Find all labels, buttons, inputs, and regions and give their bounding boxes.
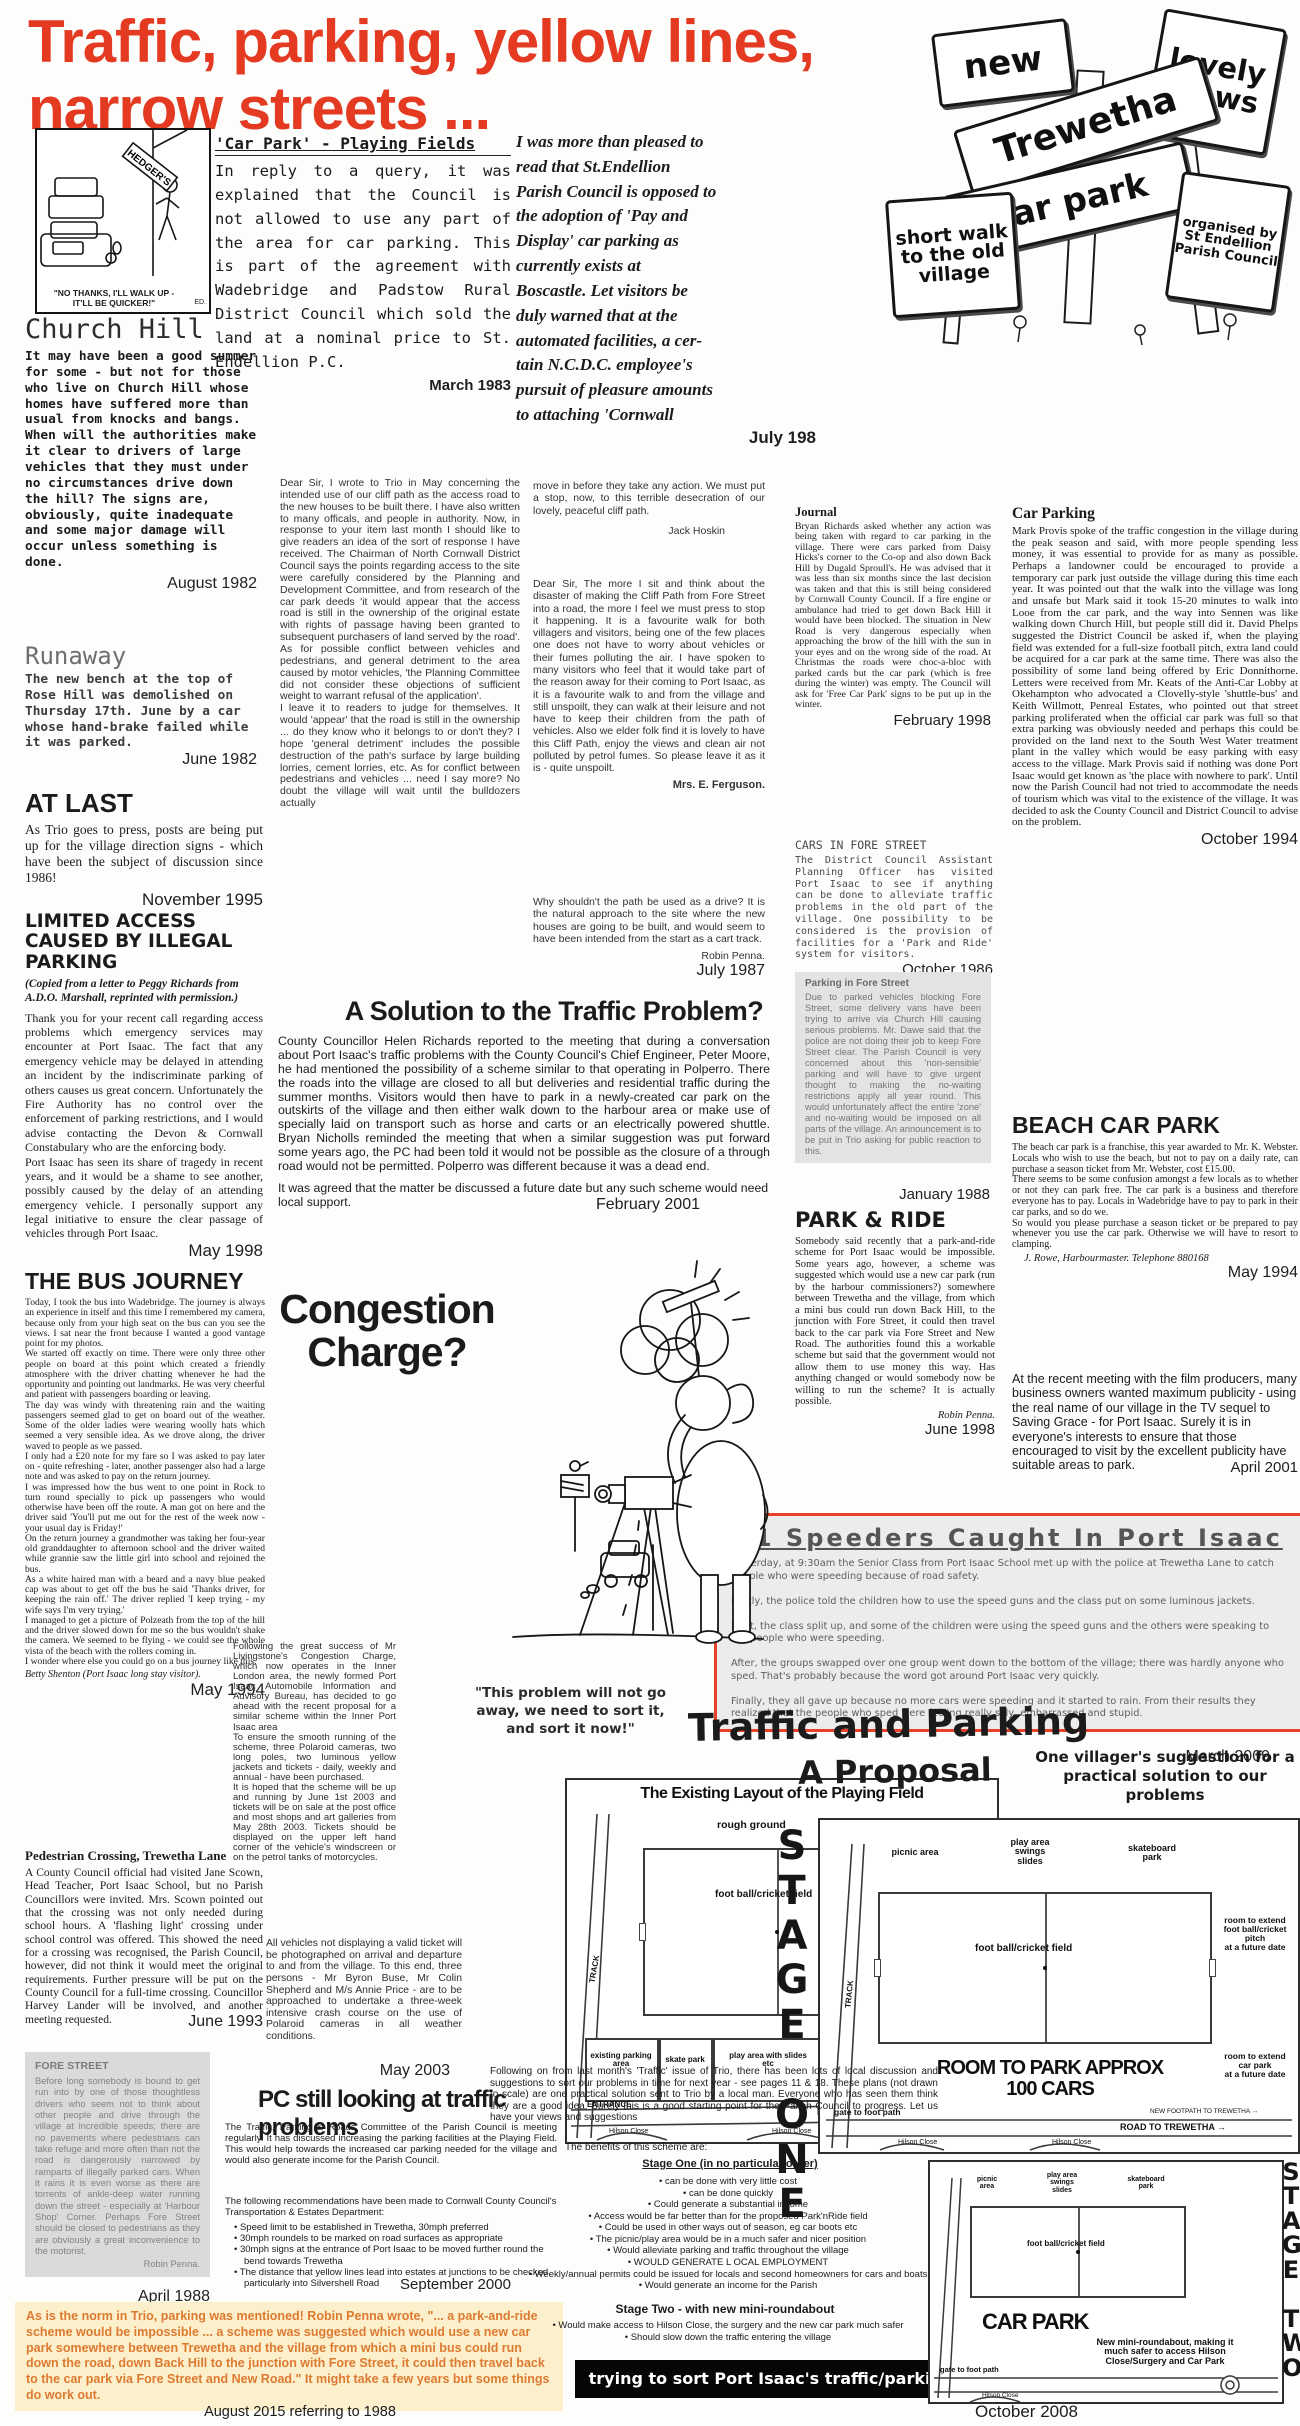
- list-item: Should slow down the traffic entering th…: [508, 2332, 948, 2344]
- stage-two-field: foot ball/cricket field: [970, 2206, 1186, 2298]
- bus-journey-sig: Betty Shenton (Port Isaac long stay visi…: [25, 1669, 265, 1680]
- car-park-fields-body: In reply to a query, it was explained th…: [215, 160, 511, 375]
- solution-heading: A Solution to the Traffic Problem?: [338, 996, 770, 1027]
- sign-short-walk: short walk to the old village: [885, 192, 1021, 319]
- list-item: Weekly/annual permits could be issued fo…: [508, 2269, 948, 2281]
- runaway-heading: Runaway: [25, 642, 257, 670]
- stage-two-field-label: foot ball/cricket field: [1027, 2240, 1105, 2248]
- article-hoskin: move in before they take any action. We …: [533, 480, 765, 537]
- stage-one-hilson2: Hilson Close: [1052, 2139, 1091, 2146]
- list-item: Would alleviate parking and traffic thro…: [508, 2245, 948, 2257]
- proposal-subtitle: One villager's suggestion for a practica…: [1035, 1748, 1295, 1804]
- proposal-heading: A Proposal: [798, 1750, 1019, 1792]
- article-film-meeting: At the recent meeting with the film prod…: [1012, 1372, 1298, 1476]
- sign-new-label: new: [962, 41, 1044, 85]
- congestion-cartoon: [505, 1245, 770, 1665]
- orange-note: As is the norm in Trio, parking was ment…: [15, 2302, 563, 2411]
- list-item: can be done quickly: [508, 2188, 948, 2200]
- bus-journey-body: Today, I took the bus into Wadebridge. T…: [25, 1298, 265, 1667]
- beach-car-park-body: The beach car park is a franchise, this …: [1012, 1143, 1298, 1251]
- fore-street-sig: Robin Penna.: [35, 2259, 200, 2269]
- article-parking-fore-street: Parking in Fore Street Due to parked veh…: [795, 972, 991, 1163]
- hoskin-body: move in before they take any action. We …: [533, 480, 765, 517]
- bus-journey-date: May 1994: [25, 1680, 265, 1700]
- hill-cartoon-artist: ED.: [194, 299, 206, 306]
- beach-car-park-heading: BEACH CAR PARK: [1012, 1112, 1298, 1139]
- bus-journey-heading: THE BUS JOURNEY: [25, 1268, 265, 1295]
- stage-two-skate: skateboard park: [1116, 2176, 1176, 2191]
- pc-traffic-recs-intro: The following recommendations have been …: [225, 2196, 557, 2218]
- stage-two-note: New mini-roundabout, making it much safe…: [1060, 2338, 1270, 2366]
- sign-new: new: [931, 18, 1075, 108]
- pc-traffic-list: Speed limit to be established in Treweth…: [232, 2222, 562, 2289]
- park-ride-date: June 1998: [795, 1421, 995, 1438]
- pleased-letter-body: I was more than pleased to read that St.…: [516, 130, 816, 428]
- orange-note-body: As is the norm in Trio, parking was ment…: [26, 2309, 549, 2402]
- hill-cartoon-caption: "NO THANKS, I'LL WALK UP - IT'LL BE QUIC…: [39, 288, 189, 309]
- beach-car-park-sig: J. Rowe, Harbourmaster. Telephone 880168: [1012, 1253, 1298, 1264]
- sign-organised-label: organised by St Endellion Parish Council: [1174, 215, 1283, 269]
- benefits-stage-one-list: can be done with very little costcan be …: [508, 2176, 948, 2292]
- at-last-heading: AT LAST: [25, 788, 263, 819]
- problem-note: "This problem will not go away, we need …: [468, 1684, 673, 1739]
- park-ride-heading: PARK & RIDE: [795, 1208, 995, 1232]
- car-parking-date: October 1994: [1012, 831, 1298, 849]
- journal-body: Bryan Richards asked whether any action …: [795, 522, 991, 710]
- park-ride-sig: Robin Penna.: [795, 1410, 995, 1421]
- congestion-cartoon-drawing: [505, 1245, 770, 1665]
- speeders-body: Yesterday, at 9:30am the Senior Class fr…: [731, 1558, 1287, 1721]
- congestion-body-b: All vehicles not displaying a valid tick…: [266, 1938, 462, 2043]
- existing-layout-skate-label: skate park: [663, 2056, 707, 2064]
- at-last-date: November 1995: [25, 890, 263, 910]
- stage-one-field: foot ball/cricket field: [878, 1892, 1212, 2044]
- stage-one-field-label: foot ball/cricket field: [975, 1944, 1072, 1955]
- runaway-date: June 1982: [25, 751, 257, 769]
- hill-cartoon-drawing: HEDGER'S: [37, 130, 204, 276]
- article-limited-access: LIMITED ACCESS CAUSED BY ILLEGAL PARKING…: [25, 912, 263, 1261]
- article-ferguson: Dear Sir, The more I sit and think about…: [533, 578, 765, 791]
- speeders-heading: 11 Speeders Caught In Port Isaac: [731, 1524, 1287, 1552]
- car-park-fields-date: March 1983: [215, 377, 511, 394]
- stage-one-park-text: ROOM TO PARK APPROX 100 CARS: [910, 2058, 1190, 2100]
- article-pleased-letter: I was more than pleased to read that St.…: [516, 130, 816, 448]
- limited-access-body: Thank you for your recent call regarding…: [25, 1011, 263, 1241]
- stage-one-road: ROAD TO TREWETHA →: [1120, 2123, 1226, 2132]
- congestion-body-a: Following the great success of Mr Living…: [233, 1642, 396, 1863]
- stage-one-new-footpath: NEW FOOTPATH TO TREWETHA →: [1150, 2109, 1258, 2116]
- hoskin-sig: Jack Hoskin: [533, 525, 725, 537]
- beach-car-park-date: May 1994: [1012, 1264, 1298, 1282]
- stage-one-play: play area swings slides: [995, 1838, 1065, 1866]
- limited-access-date: May 1998: [25, 1241, 263, 1261]
- article-cars-fore-street: CARS IN FORE STREET The District Council…: [795, 838, 993, 978]
- congestion-heading: Congestion Charge?: [262, 1288, 512, 1373]
- list-item: WOULD GENERATE L OCAL EMPLOYMENT: [508, 2257, 948, 2269]
- article-car-parking: Car Parking Mark Provis spoke of the tra…: [1012, 505, 1298, 849]
- pc-traffic-body: The Traffic, Parking & Roads Committee o…: [225, 2122, 557, 2166]
- signpost-cartoon: new lovely views Trewetha car park short…: [885, 0, 1300, 345]
- parking-fore-street-body: Due to parked vehicles blocking Fore Str…: [805, 992, 981, 1157]
- article-runaway: Runaway The new bench at the top of Rose…: [25, 642, 257, 769]
- benefits-stage-two-list: Would make access to Hilson Close, the s…: [508, 2320, 948, 2343]
- article-church-hill: Church Hill It may have been a good summ…: [25, 314, 257, 593]
- cars-fore-street-body: The District Council Assistant Planning …: [795, 855, 993, 961]
- church-hill-heading: Church Hill: [25, 314, 257, 345]
- fore-street-body: Before long somebody is bound to get run…: [35, 2076, 200, 2257]
- list-item: 30mph signs at the entrance of Port Isaa…: [232, 2244, 562, 2266]
- parking-fore-street-heading: Parking in Fore Street: [805, 978, 981, 989]
- article-journal: Journal Bryan Richards asked whether any…: [795, 505, 991, 729]
- sign-short-walk-label: short walk to the old village: [890, 222, 1016, 288]
- sign-organised: organised by St Endellion Parish Council: [1165, 171, 1292, 313]
- pedestrian-crossing-heading: Pedestrian Crossing, Trewetha Lane: [25, 1848, 263, 1864]
- pleased-letter-date: July 198: [516, 428, 816, 448]
- journal-heading: Journal: [795, 505, 991, 520]
- congestion-date: May 2003: [300, 2062, 450, 2080]
- runaway-body: The new bench at the top of Rose Hill wa…: [25, 672, 257, 751]
- stage-one-picnic: picnic area: [882, 1848, 948, 1857]
- list-item: Could be used in other ways out of seaso…: [508, 2222, 948, 2234]
- article-at-last: AT LAST As Trio goes to press, posts are…: [25, 788, 263, 910]
- benefits-stage-one-heading: Stage One (in no particular order): [580, 2158, 880, 2170]
- limited-access-heading: LIMITED ACCESS CAUSED BY ILLEGAL PARKING: [25, 912, 263, 973]
- article-penna-path: Why shouldn't the path be used as a driv…: [533, 896, 765, 980]
- church-hill-body: It may have been a good summer for some …: [25, 349, 257, 571]
- stage-one-skate: skateboard park: [1112, 1844, 1192, 1863]
- scrapbook-page: Traffic, parking, yellow lines, narrow s…: [0, 0, 1300, 2426]
- church-hill-date: August 1982: [25, 575, 257, 593]
- article-fore-street: FORE STREET Before long somebody is boun…: [25, 2052, 210, 2277]
- stage-two-diagram: picnic area play area swings slides skat…: [928, 2160, 1284, 2404]
- car-parking-body: Mark Provis spoke of the traffic congest…: [1012, 526, 1298, 829]
- article-pedestrian-crossing: Pedestrian Crossing, Trewetha Lane A Cou…: [25, 1848, 263, 2031]
- article-beach-car-park: BEACH CAR PARK The beach car park is a f…: [1012, 1112, 1298, 1282]
- fore-street-heading: FORE STREET: [35, 2060, 200, 2072]
- stage-one-hilson1: Hilson Close: [898, 2139, 937, 2146]
- article-car-park-fields: 'Car Park' - Playing Fields In reply to …: [215, 134, 511, 394]
- list-item: Could generate a substantial income: [508, 2199, 948, 2211]
- list-item: The distance that yellow lines lead into…: [232, 2267, 562, 2289]
- benefits-stage-two-heading: Stage Two - with new mini-roundabout: [560, 2302, 890, 2316]
- stage-one-extend-pitch: room to extend foot ball/cricket pitch a…: [1216, 1916, 1294, 1952]
- article-cliff-letter: Dear Sir, I wrote to Trio in May concern…: [280, 478, 520, 810]
- page-title: Traffic, parking, yellow lines, narrow s…: [28, 8, 908, 142]
- pedestrian-crossing-body: A County Council official had visited Ja…: [25, 1867, 263, 2027]
- pc-traffic-date: September 2000: [400, 2276, 511, 2293]
- park-ride-body: Somebody said recently that a park-and-r…: [795, 1236, 995, 1408]
- ferguson-sig: Mrs. E. Ferguson.: [533, 779, 765, 791]
- hill-cartoon: HEDGER'S "NO THANKS, I'LL WALK UP - IT'L…: [35, 128, 211, 314]
- stage-one-extend-park: room to extend car park at a future date: [1216, 2052, 1294, 2079]
- car-parking-heading: Car Parking: [1012, 505, 1298, 523]
- list-item: 30mph roundels to be marked on road surf…: [232, 2233, 562, 2244]
- traffic-parking-heading: Traffic and Parking: [688, 1698, 1129, 1750]
- article-park-ride: PARK & RIDE Somebody said recently that …: [795, 1208, 995, 1438]
- stage-two-picnic: picnic area: [964, 2176, 1010, 2191]
- stage-two-gate: gate to foot path: [940, 2366, 999, 2374]
- list-item: The picnic/play area would be in a much …: [508, 2234, 948, 2246]
- stage-two-car-park: CAR PARK: [982, 2310, 1088, 2333]
- stage-two-play: play area swings slides: [1034, 2172, 1090, 2194]
- stage-two-hilson1: Hilson Close: [982, 2393, 1019, 2400]
- solution-body: County Councillor Helen Richards reporte…: [278, 1035, 770, 1174]
- list-item: can be done with very little cost: [508, 2176, 948, 2188]
- list-item: Would generate an income for the Parish: [508, 2280, 948, 2292]
- article-solution: A Solution to the Traffic Problem? Count…: [278, 996, 770, 1214]
- list-item: Speed limit to be established in Treweth…: [232, 2222, 562, 2233]
- existing-layout-hilson1: Hilson Close: [609, 2128, 648, 2135]
- film-meeting-body: At the recent meeting with the film prod…: [1012, 1372, 1298, 1473]
- ferguson-body: Dear Sir, The more I sit and think about…: [533, 578, 765, 775]
- stage-two-vertical-label: S T A G E T W O: [1282, 2160, 1300, 2380]
- penna-path-date: July 1987: [533, 962, 765, 980]
- cars-fore-street-heading: CARS IN FORE STREET: [795, 838, 993, 852]
- list-item: Access would be far better than for the …: [508, 2211, 948, 2223]
- speeders-box: 11 Speeders Caught In Port Isaac Yesterd…: [714, 1513, 1300, 1732]
- benefits-intro: The benefits of this scheme are:: [565, 2142, 865, 2153]
- journal-date: February 1998: [795, 712, 991, 729]
- article-bus-journey: THE BUS JOURNEY Today, I took the bus in…: [25, 1268, 265, 1700]
- penna-path-body: Why shouldn't the path be used as a driv…: [533, 896, 765, 946]
- at-last-body: As Trio goes to press, posts are being p…: [25, 822, 263, 886]
- limited-access-note: (Copied from a letter to Peggy Richards …: [25, 978, 263, 1006]
- stage-two-date: October 2008: [975, 2402, 1135, 2422]
- bottom-banner: trying to sort Port Isaac's traffic/park…: [575, 2360, 967, 2398]
- penna-path-sig: Robin Penna.: [533, 950, 765, 962]
- list-item: Would make access to Hilson Close, the s…: [508, 2320, 948, 2332]
- car-park-fields-heading: 'Car Park' - Playing Fields: [215, 134, 511, 156]
- parking-fore-street-date: January 1988: [860, 1186, 990, 1203]
- orange-note-date: August 2015 referring to 1988: [160, 2404, 440, 2420]
